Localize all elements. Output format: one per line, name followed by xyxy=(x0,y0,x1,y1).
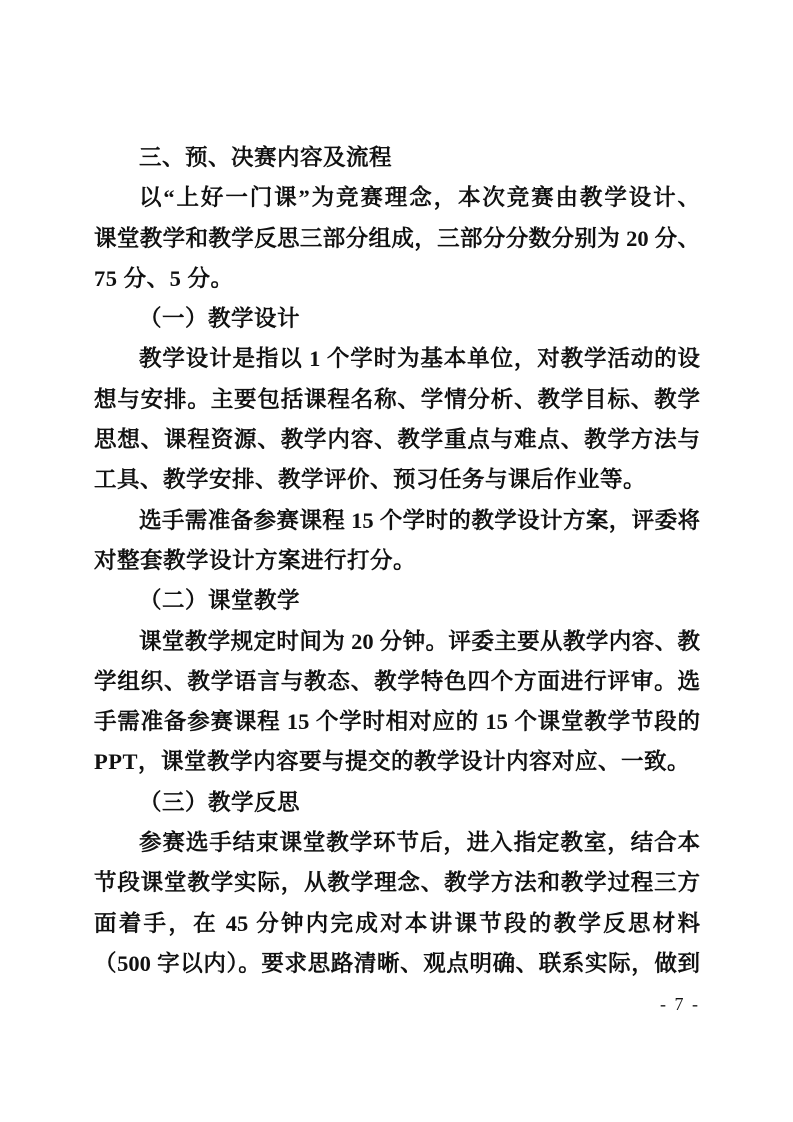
paragraph-line: 思想、课程资源、教学内容、教学重点与难点、教学方法与 xyxy=(94,420,700,460)
section-heading: 三、预、决赛内容及流程 xyxy=(94,138,700,178)
paragraph-line: PPT，课堂教学内容要与提交的教学设计内容对应、一致。 xyxy=(94,742,700,782)
paragraph-line: 参赛选手结束课堂教学环节后，进入指定教室，结合本 xyxy=(94,823,700,863)
paragraph-line: 以“上好一门课”为竞赛理念，本次竞赛由教学设计、 xyxy=(94,178,700,218)
paragraph-line: 面着手，在 45 分钟内完成对本讲课节段的教学反思材料 xyxy=(94,904,700,944)
paragraph-line: 节段课堂教学实际，从教学理念、教学方法和教学过程三方 xyxy=(94,863,700,903)
paragraph-line: 选手需准备参赛课程 15 个学时的教学设计方案，评委将 xyxy=(94,501,700,541)
paragraph-line: 想与安排。主要包括课程名称、学情分析、教学目标、教学 xyxy=(94,380,700,420)
paragraph-line: 手需准备参赛课程 15 个学时相对应的 15 个课堂教学节段的 xyxy=(94,702,700,742)
subsection-heading: （一）教学设计 xyxy=(94,299,700,339)
subsection-heading: （三）教学反思 xyxy=(94,783,700,823)
document-body: 三、预、决赛内容及流程 以“上好一门课”为竞赛理念，本次竞赛由教学设计、 课堂教… xyxy=(94,138,700,984)
page-number: - 7 - xyxy=(660,992,700,1016)
paragraph-line: 工具、教学安排、教学评价、预习任务与课后作业等。 xyxy=(94,460,700,500)
paragraph-line: （500 字以内）。要求思路清晰、观点明确、联系实际，做到 xyxy=(94,944,700,984)
paragraph-line: 学组织、教学语言与教态、教学特色四个方面进行评审。选 xyxy=(94,662,700,702)
subsection-heading: （二）课堂教学 xyxy=(94,581,700,621)
document-page: 三、预、决赛内容及流程 以“上好一门课”为竞赛理念，本次竞赛由教学设计、 课堂教… xyxy=(0,0,793,1122)
paragraph-line: 75 分、5 分。 xyxy=(94,259,700,299)
paragraph-line: 对整套教学设计方案进行打分。 xyxy=(94,541,700,581)
paragraph-line: 教学设计是指以 1 个学时为基本单位，对教学活动的设 xyxy=(94,339,700,379)
paragraph-line: 课堂教学规定时间为 20 分钟。评委主要从教学内容、教 xyxy=(94,622,700,662)
paragraph-line: 课堂教学和教学反思三部分组成，三部分分数分别为 20 分、 xyxy=(94,219,700,259)
